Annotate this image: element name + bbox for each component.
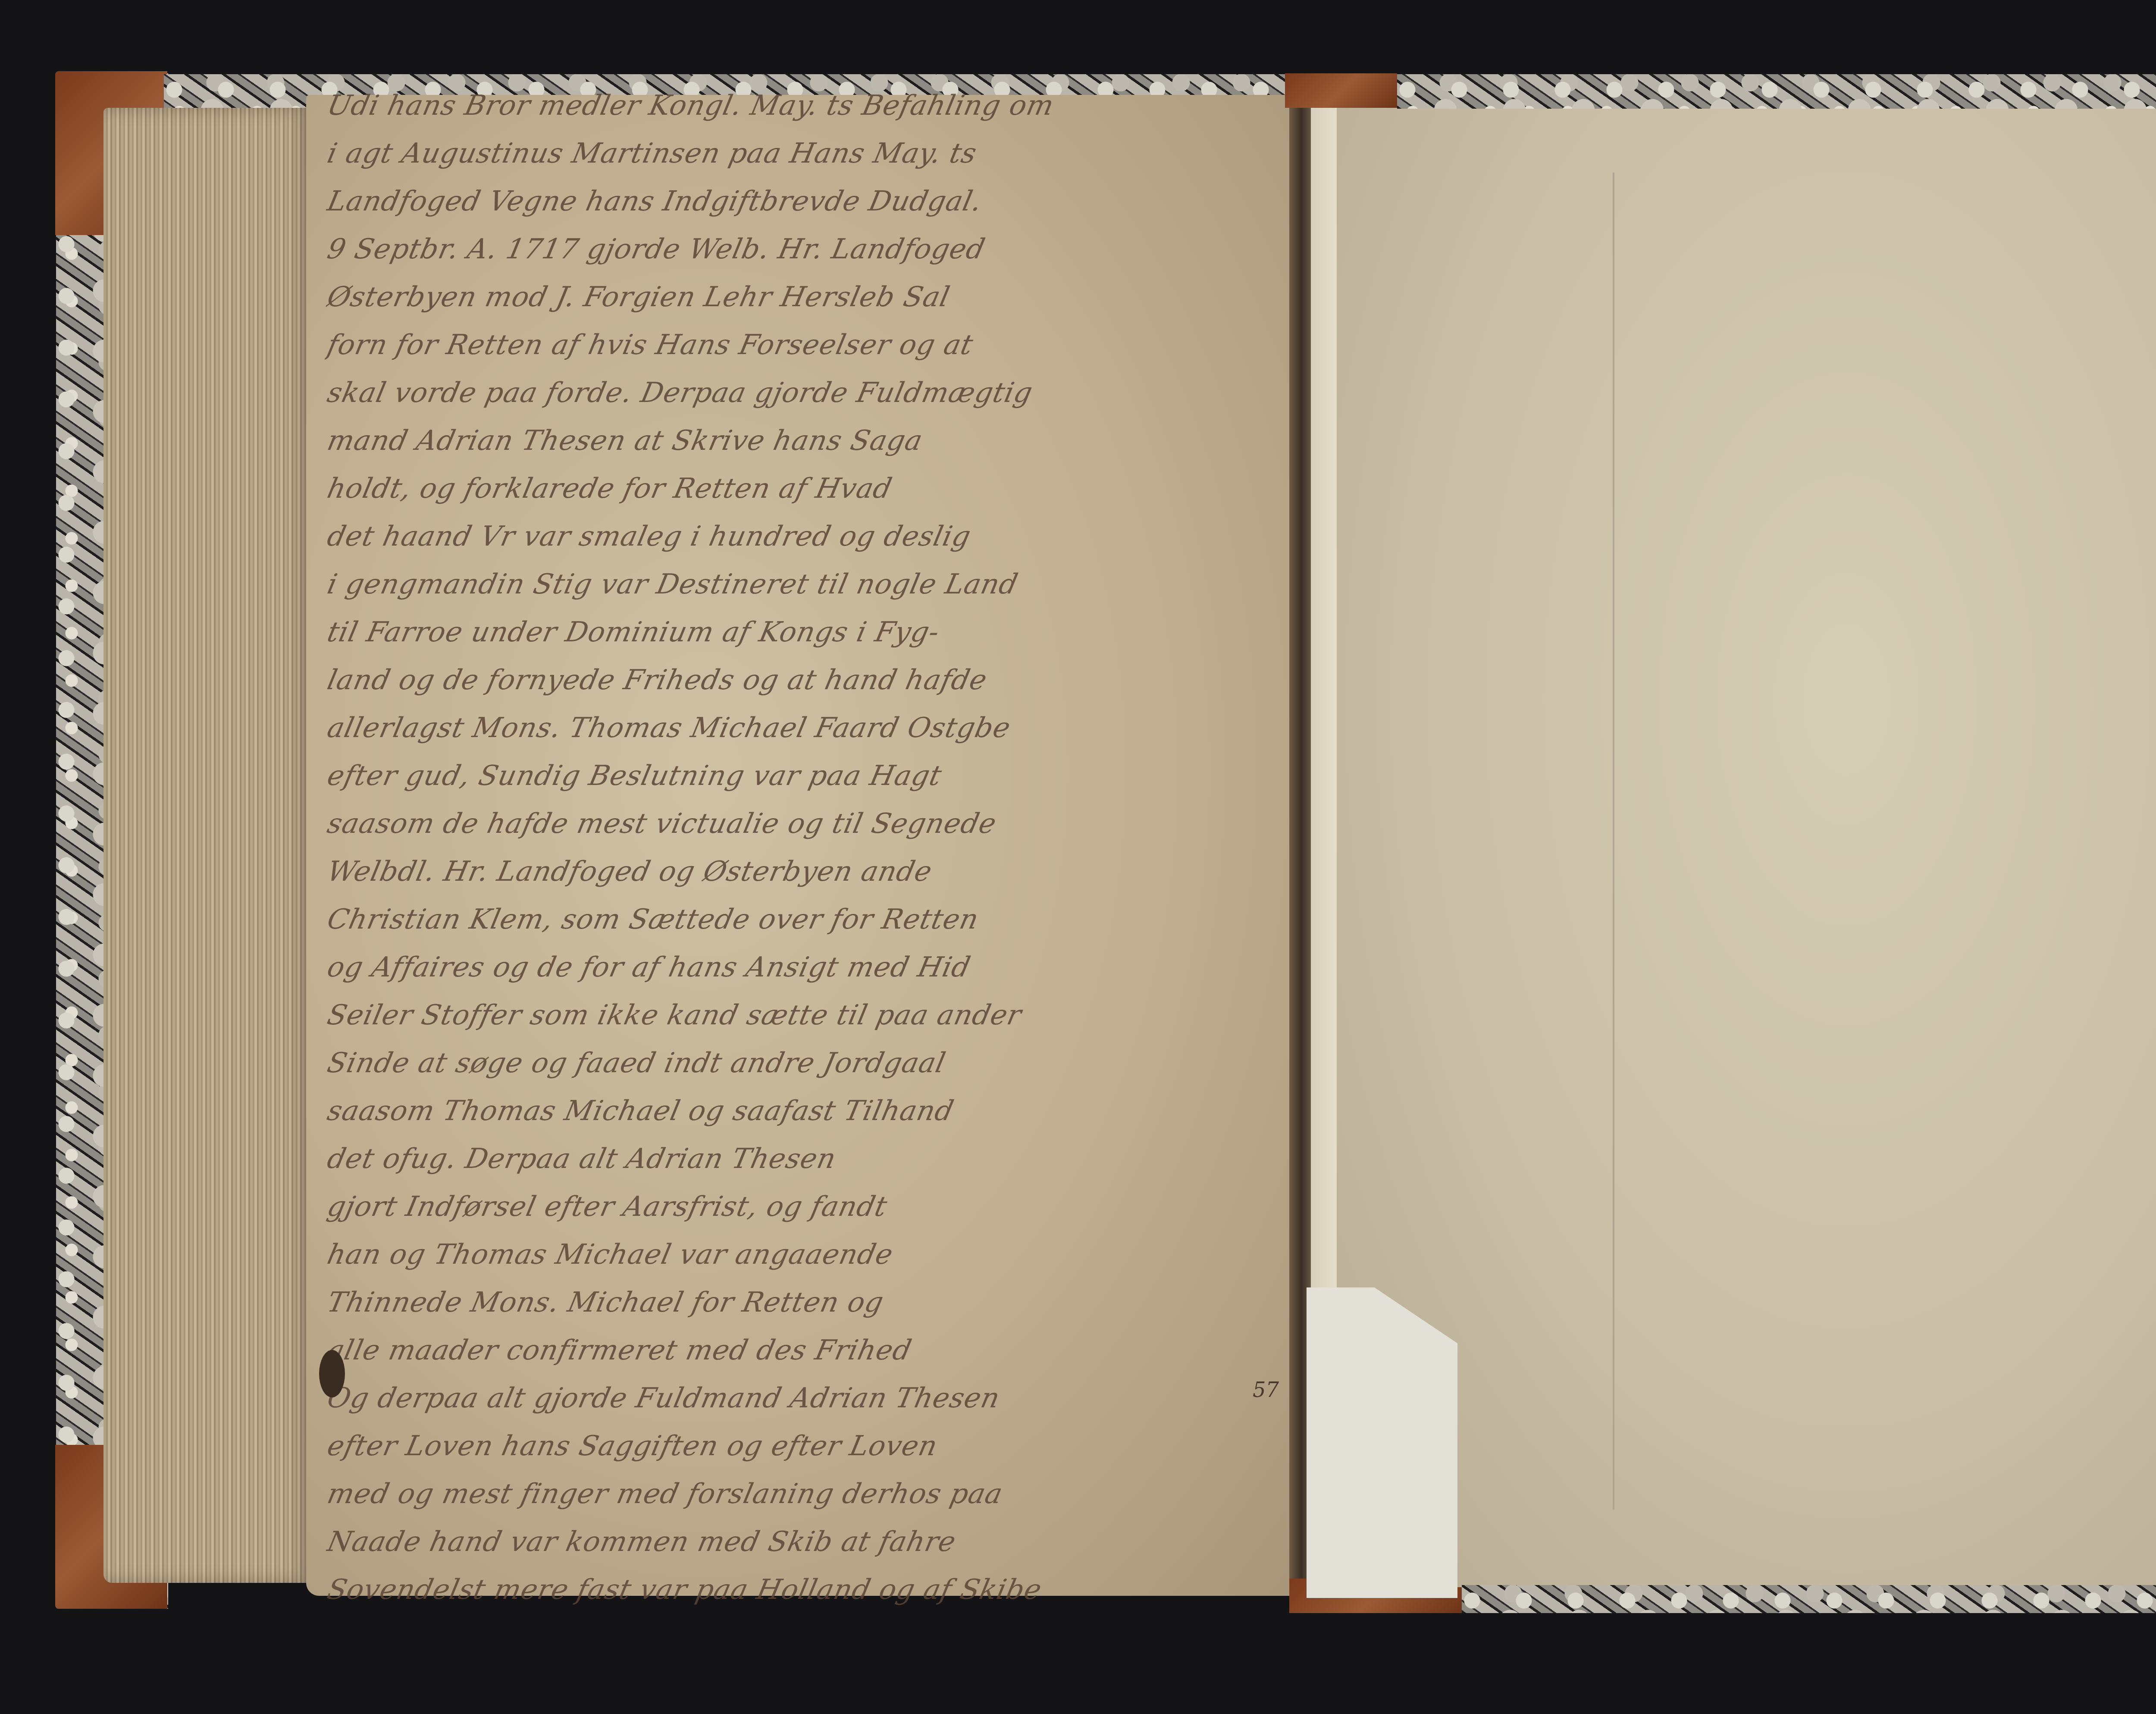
ms-line: saasom Thomas Michael og saafast Tilhand xyxy=(323,1087,1282,1135)
right-blank-page xyxy=(1337,108,2156,1587)
ms-line: Og derpaa alt gjorde Fuldmand Adrian The… xyxy=(323,1375,1282,1422)
ms-line: og Affaires og de for af hans Ansigt med… xyxy=(323,944,1282,992)
paper-repair-patch xyxy=(1307,1287,1457,1598)
ms-line: mand Adrian Thesen at Skrive hans Saga xyxy=(323,417,1282,465)
ms-line: Landfoged Vegne hans Indgiftbrevde Dudga… xyxy=(323,178,1282,226)
folio-number: 57 xyxy=(1253,1378,1279,1402)
ms-line: efter gud, Sundig Beslutning var paa Hag… xyxy=(323,752,1282,800)
ms-line: 9 Septbr. A. 1717 gjorde Welb. Hr. Landf… xyxy=(323,226,1282,273)
ms-line: Christian Klem, som Sættede over for Ret… xyxy=(323,896,1282,944)
ms-line: med og mest finger med forslaning derhos… xyxy=(323,1470,1282,1518)
ms-line: i agt Augustinus Martinsen paa Hans May.… xyxy=(323,130,1282,178)
ms-line: Sovendelst mere fast var paa Holland og … xyxy=(323,1566,1282,1614)
ms-line: land og de fornyede Friheds og at hand h… xyxy=(323,656,1282,704)
ms-line: alle maader confirmeret med des Frihed xyxy=(323,1327,1282,1375)
ms-line: han og Thomas Michael var angaaende xyxy=(323,1231,1282,1279)
ms-line: Thinnede Mons. Michael for Retten og xyxy=(323,1279,1282,1327)
ms-line: det haand Vr var smaleg i hundred og des… xyxy=(323,513,1282,561)
ms-line: allerlagst Mons. Thomas Michael Faard Os… xyxy=(323,704,1282,752)
ms-line: Østerbyen mod J. Forgien Lehr Hersleb Sa… xyxy=(323,273,1282,321)
ms-line: skal vorde paa forde. Derpaa gjorde Fuld… xyxy=(323,369,1282,417)
ms-line: Naade hand var kommen med Skib at fahre xyxy=(323,1518,1282,1566)
right-top-marbled-edge xyxy=(1397,74,2156,109)
ms-line: til Farroe under Dominium af Kongs i Fyg… xyxy=(323,609,1282,656)
bottom-marbled-edge xyxy=(1462,1585,2156,1613)
ms-line: Welbdl. Hr. Landfoged og Østerbyen ande xyxy=(323,848,1282,896)
ms-line: Sinde at søge og faaed indt andre Jordga… xyxy=(323,1039,1282,1087)
manuscript-text: Udi hans Bror medler Kongl. May. ts Befa… xyxy=(328,82,1276,1614)
ms-line: efter Loven hans Saggiften og efter Love… xyxy=(323,1422,1282,1470)
vertical-crease xyxy=(1613,173,1614,1510)
ms-line: Udi hans Bror medler Kongl. May. ts Befa… xyxy=(323,82,1282,130)
ms-line: gjort Indførsel efter Aarsfrist, og fand… xyxy=(323,1183,1282,1231)
spine-top-leather xyxy=(1285,73,1397,108)
ms-line: i gengmandin Stig var Destineret til nog… xyxy=(323,561,1282,609)
ms-line: forn for Retten af hvis Hans Forseelser … xyxy=(323,321,1282,369)
ms-line: saasom de hafde mest victualie og til Se… xyxy=(323,800,1282,848)
ms-line: Seiler Stoffer som ikke kand sætte til p… xyxy=(323,992,1282,1039)
ink-blot xyxy=(319,1350,345,1397)
ms-line: det ofug. Derpaa alt Adrian Thesen xyxy=(323,1135,1282,1183)
page-block-edges xyxy=(103,108,310,1583)
ms-line: holdt, og forklarede for Retten af Hvad xyxy=(323,465,1282,513)
